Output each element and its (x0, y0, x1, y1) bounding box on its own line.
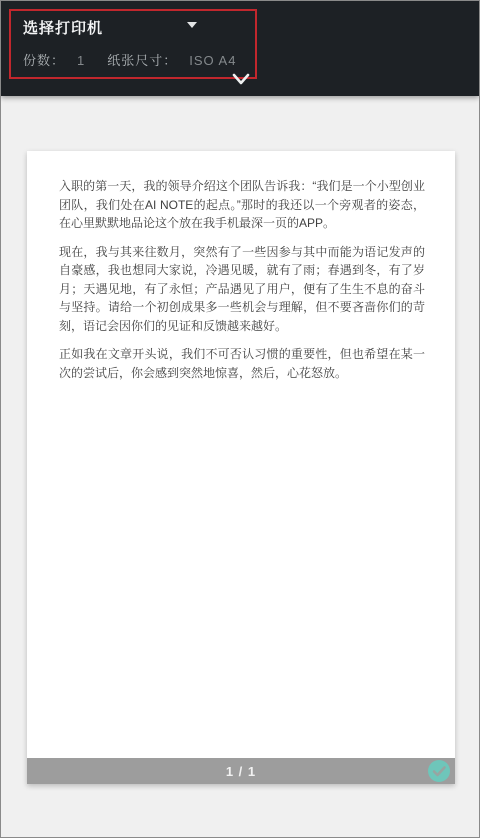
copies-label: 份数： (23, 53, 65, 68)
document-text: 入职的第一天，我的领导介绍这个团队告诉我：“我们是一个小型创业团队，我们处在AI… (27, 151, 455, 382)
page-indicator-bar: 1 / 1 (27, 758, 455, 784)
paper-size-label: 纸张尺寸： (107, 53, 177, 68)
paragraph: 现在，我与其来往数月，突然有了一些因参与其中而能为语记发声的自豪感，我也想同大家… (59, 243, 425, 336)
print-preview-screen: 选择打印机 份数：1纸张尺寸：ISO A4 入职的第一天，我的领导介绍这个团队告… (0, 0, 480, 838)
document-page-preview: 入职的第一天，我的领导介绍这个团队告诉我：“我们是一个小型创业团队，我们处在AI… (27, 151, 455, 784)
printer-selector-dropdown[interactable]: 选择打印机 (23, 17, 223, 37)
print-options-row: 份数：1纸张尺寸：ISO A4 (23, 50, 443, 68)
paper-size-value[interactable]: ISO A4 (189, 53, 236, 68)
caret-down-icon (187, 22, 197, 28)
printer-selector-label: 选择打印机 (23, 20, 103, 37)
print-options-header: 选择打印机 份数：1纸张尺寸：ISO A4 (1, 1, 479, 96)
paragraph: 正如我在文章开头说，我们不可否认习惯的重要性，但也希望在某一次的尝试后，你会感到… (59, 345, 425, 382)
paragraph: 入职的第一天，我的领导介绍这个团队告诉我：“我们是一个小型创业团队，我们处在AI… (59, 177, 425, 233)
copies-value[interactable]: 1 (77, 53, 85, 68)
checkmark-icon (428, 760, 450, 782)
page-selected-check-button[interactable] (428, 760, 450, 782)
page-indicator: 1 / 1 (226, 764, 256, 779)
chevron-down-icon[interactable] (232, 73, 250, 87)
